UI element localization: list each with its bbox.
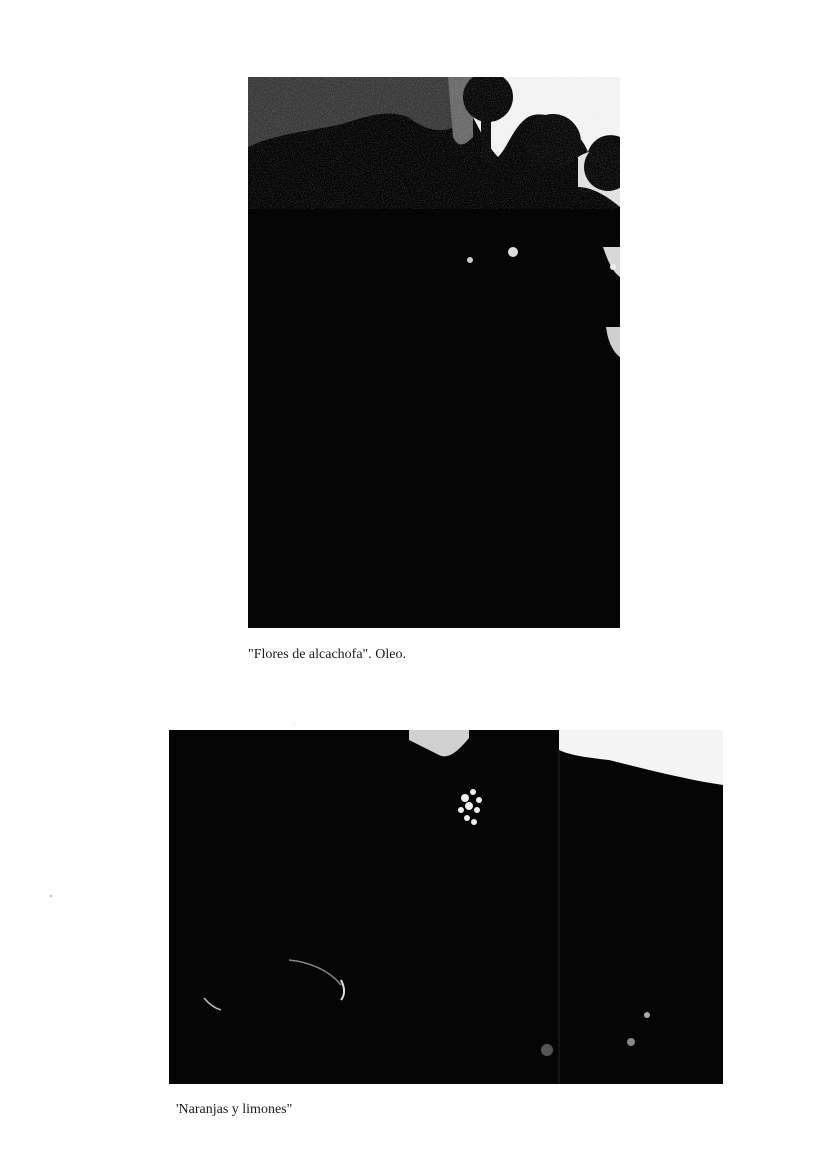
figure-caption: 'Naranjas y limones" — [176, 1102, 292, 1118]
figure-oranges-lemons-image — [169, 730, 723, 1084]
artichoke-painting-graphic — [248, 77, 620, 628]
still-life-painting-graphic — [169, 730, 723, 1084]
scan-speck — [50, 895, 52, 897]
scan-speck — [294, 724, 295, 725]
figure-caption: "Flores de alcachofa". Oleo. — [248, 647, 406, 663]
figure-artichoke-flowers-image — [248, 77, 620, 628]
